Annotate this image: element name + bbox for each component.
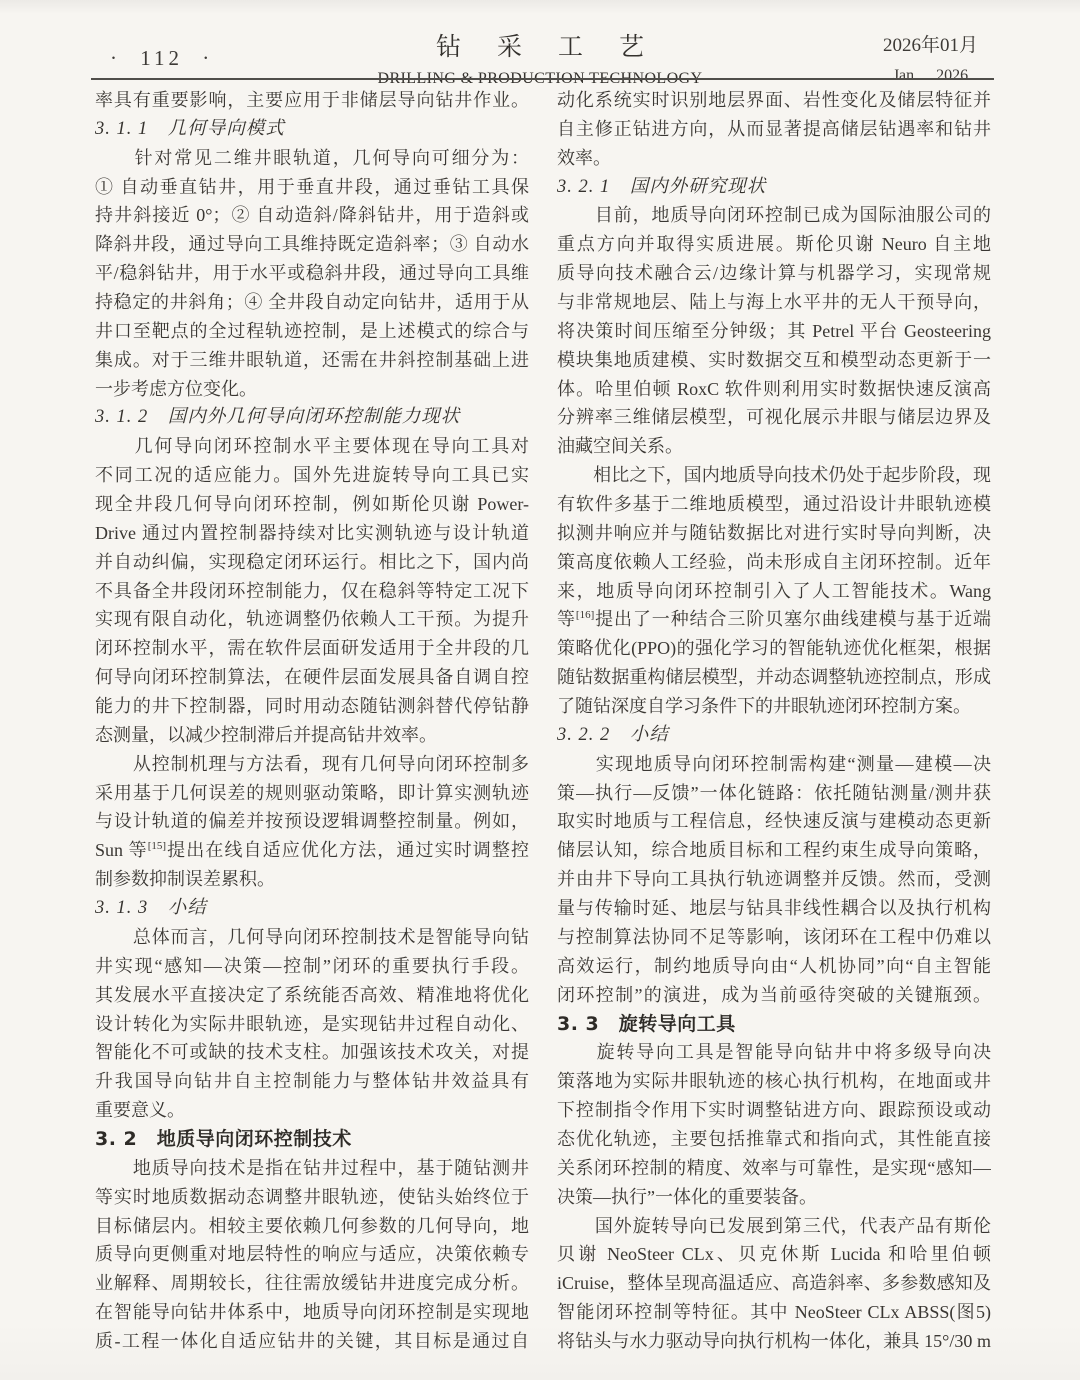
subsection-heading: 3. 2. 1 国内外研究现状 [557,173,991,202]
body-text-line: 采用基于几何误差的规则驱动策略，即计算实测轨迹 [95,779,529,808]
body-text-line: 将决策时间压缩至分钟级；其 Petrel 平台 Geosteering [557,317,991,346]
body-text-line: 策—执行—反馈”一体化链路：依托随钻测量/测井获 [557,779,991,808]
section-heading: 3. 2 地质导向闭环控制技术 [95,1125,529,1154]
body-text-line: 了随钻深度自学习条件下的井眼轨迹闭环控制方案。 [557,692,991,721]
body-text-line: 质导向更侧重对地层特性的响应与适应，决策依赖专 [95,1240,529,1269]
body-text-line: 策高度依赖人工经验，尚未形成自主闭环控制。近年 [557,548,991,577]
body-text-line: 在智能导向钻井体系中，地质导向闭环控制是实现地 [95,1298,529,1327]
issue-date-block: 2026年01月 Jan. 2026 [883,30,978,85]
body-text-line: 取实时地质与工程信息，经快速反演与建模动态更新 [557,807,991,836]
subsection-heading: 3. 1. 2 国内外几何导向闭环控制能力现状 [95,403,529,432]
body-text-line: 与非常规地层、陆上与海上水平井的无人干预导向， [557,288,991,317]
body-text-line: 策落地为实际井眼轨迹的核心执行机构，在地面或井 [557,1067,991,1096]
body-text-line: 闭环控制水平，需在软件层面研发适用于全井段的几 [95,634,529,663]
body-text-line: 并自动纠偏，实现稳定闭环运行。相比之下，国内尚 [95,548,529,577]
body-text-line: 重要意义。 [95,1096,529,1125]
body-text-line: iCruise，整体呈现高温适应、高造斜率、多参数感知及 [557,1269,991,1298]
issue-date-chinese: 2026年01月 [883,30,978,57]
body-text-line: 随钻数据重构储层模型，并动态调整轨迹控制点，形成 [557,663,991,692]
subsection-heading: 3. 2. 2 小结 [557,721,991,750]
body-text-line: 实现有限自动化，轨迹调整仍依赖人工干预。为提升 [95,605,529,634]
body-text-line: 旋转导向工具是智能导向钻井中将多级导向决 [557,1038,991,1067]
body-text-line: 效率。 [557,144,991,173]
body-text-line: 井口至靶点的全过程轨迹控制，是上述模式的综合与 [95,317,529,346]
body-text-line: 质-工程一体化自适应钻井的关键，其目标是通过自 [95,1327,529,1356]
body-text-line: 有软件多基于二维地质模型，通过沿设计井眼轨迹模 [557,490,991,519]
body-text-line: 率具有重要影响，主要应用于非储层导向钻井作业。 [95,86,529,115]
body-text-line: 拟测井响应并与随钻数据比对进行实时导向判断，决 [557,519,991,548]
body-text-line: 降斜井段，通过导向工具维持既定造斜率；③ 自动水 [95,230,529,259]
body-text-line: Drive 通过内置控制器持续对比实测轨迹与设计轨道 [95,519,529,548]
body-text-line: 一步考虑方位变化。 [95,375,529,404]
body-text-line: 业解释、周期较长，往往需放缓钻井进度完成分析。 [95,1269,529,1298]
body-text-line: 关系闭环控制的精度、效率与可靠性，是实现“感知— [557,1154,991,1183]
body-text-line: 来，地质导向闭环控制引入了人工智能技术。Wang [557,577,991,606]
body-text-line: 持井斜接近 0°；② 自动造斜/降斜钻井，用于造斜或 [95,201,529,230]
body-text-line: 目标储层内。相较主要依赖几何参数的几何导向，地 [95,1212,529,1241]
body-text-line: 自主修正钻进方向，从而显著提高储层钻遇率和钻井 [557,115,991,144]
body-text-line: 总体而言，几何导向闭环控制技术是智能导向钻 [95,923,529,952]
body-text-line: 相比之下，国内地质导向技术仍处于起步阶段，现 [557,461,991,490]
body-text-line: 智能化不可或缺的技术支柱。加强该技术攻关，对提 [95,1038,529,1067]
right-column: 动化系统实时识别地层界面、岩性变化及储层特征并自主修正钻进方向，从而显著提高储层… [557,86,991,1356]
body-text-line: 集成。对于三维井眼轨道，还需在井斜控制基础上进 [95,346,529,375]
left-column: 率具有重要影响，主要应用于非储层导向钻井作业。3. 1. 1 几何导向模式 针对… [95,86,529,1356]
body-text-line: 分辨率三维储层模型，可视化展示井眼与储层边界及 [557,403,991,432]
body-text-line: 地质导向技术是指在钻井过程中，基于随钻测井 [95,1154,529,1183]
body-text-line: 决策—执行”一体化的重要装备。 [557,1183,991,1212]
reference-superscript: [15] [148,840,166,852]
body-text-line: 将钻头与水力驱动导向执行机构一体化，兼具 15°/30 m [557,1327,991,1356]
subsection-heading: 3. 1. 1 几何导向模式 [95,115,529,144]
body-text-line: 策略优化(PPO)的强化学习的智能轨迹优化框架，根据 [557,634,991,663]
body-text-line: 贝谢 NeoSteer CLx、贝克休斯 Lucida 和哈里伯顿 [557,1240,991,1269]
body-text-line: 高效运行，制约地质导向由“人机协同”向“自主智能 [557,952,991,981]
body-text-line: 模块集地质建模、实时数据交互和模型动态更新于一 [557,346,991,375]
body-text-line: 动化系统实时识别地层界面、岩性变化及储层特征并 [557,86,991,115]
subsection-heading: 3. 1. 3 小结 [95,894,529,923]
body-text-line: 量与传输时延、地层与钻具非线性耦合以及执行机构 [557,894,991,923]
body-text-line: 几何导向闭环控制水平主要体现在导向工具对 [95,432,529,461]
body-text-line: 不具备全井段闭环控制能力，仅在稳斜等特定工况下 [95,577,529,606]
body-text-line: 井实现“感知—决策—控制”闭环的重要执行手段。 [95,952,529,981]
body-text-line: 升我国导向钻井自主控制能力与整体钻井效益具有 [95,1067,529,1096]
body-text-line: 其发展水平直接决定了系统能否高效、精准地将优化 [95,981,529,1010]
body-text-line: 现全井段几何导向闭环控制，例如斯伦贝谢 Power- [95,490,529,519]
body-text-line: 实现地质导向闭环控制需构建“测量—建模—决 [557,750,991,779]
body-text-line: 闭环控制”的演进，成为当前亟待突破的关键瓶颈。 [557,981,991,1010]
issue-date-english: Jan. 2026 [883,67,978,85]
body-text-line: 等实时地质数据动态调整井眼轨迹，使钻头始终位于 [95,1183,529,1212]
body-text-line: 体。哈里伯顿 RoxC 软件则利用实时数据快速反演高 [557,375,991,404]
body-text-line: 制参数抑制误差累积。 [95,865,529,894]
body-text-line: 智能闭环控制等特征。其中 NeoSteer CLx ABSS(图5) [557,1298,991,1327]
body-text-line: 针对常见二维井眼轨道，几何导向可细分为： [95,144,529,173]
body-text-line: 等[16]提出了一种结合三阶贝塞尔曲线建模与基于近端 [557,605,991,634]
body-text-line: 平/稳斜钻井，用于水平或稳斜井段，通过导向工具维 [95,259,529,288]
body-text-line: 设计转化为实际井眼轨迹，是实现钻井过程自动化、 [95,1010,529,1039]
body-text-line: 何导向闭环控制算法，在硬件层面发展具备自调自控 [95,663,529,692]
body-text-line: 从控制机理与方法看，现有几何导向闭环控制多 [95,750,529,779]
body-text-line: 储层认知，综合地质目标和工程约束生成导向策略， [557,836,991,865]
body-text-line: 持稳定的井斜角；④ 全井段自动定向钻井，适用于从 [95,288,529,317]
journal-page: · 112 · 钻采工艺 DRILLING & PRODUCTION TECHN… [0,0,1080,1380]
body-text-line: 油藏空间关系。 [557,432,991,461]
header-rule [91,78,994,80]
reference-superscript: [16] [576,609,594,621]
body-text-line: 并由井下导向工具执行轨迹调整并反馈。然而，受测 [557,865,991,894]
body-text-line: 态测量，以减少控制滞后并提高钻井效率。 [95,721,529,750]
body-text-line: 重点方向并取得实质进展。斯伦贝谢 Neuro 自主地 [557,230,991,259]
body-text-line: 态优化轨迹，主要包括推靠式和指向式，其性能直接 [557,1125,991,1154]
body-text-line: 不同工况的适应能力。国外先进旋转导向工具已实 [95,461,529,490]
section-heading: 3. 3 旋转导向工具 [557,1010,991,1039]
body-text-line: 目前，地质导向闭环控制已成为国际油服公司的 [557,201,991,230]
body-text-line: Sun 等[15]提出在线自适应优化方法，通过实时调整控 [95,836,529,865]
body-text-line: 能力的井下控制器，同时用动态随钻测斜替代停钻静 [95,692,529,721]
body-text-line: 下控制指令作用下实时调整钻进方向、跟踪预设或动 [557,1096,991,1125]
body-text-line: 质导向技术融合云/边缘计算与机器学习，实现常规 [557,259,991,288]
body-text-line: ① 自动垂直钻井，用于垂直井段，通过垂钻工具保 [95,173,529,202]
body-text-line: 与控制算法协同不足等影响，该闭环在工程中仍难以 [557,923,991,952]
body-text-line: 与设计轨道的偏差并按预设逻辑调整控制量。例如， [95,807,529,836]
body-text-line: 国外旋转导向已发展到第三代，代表产品有斯伦 [557,1212,991,1241]
